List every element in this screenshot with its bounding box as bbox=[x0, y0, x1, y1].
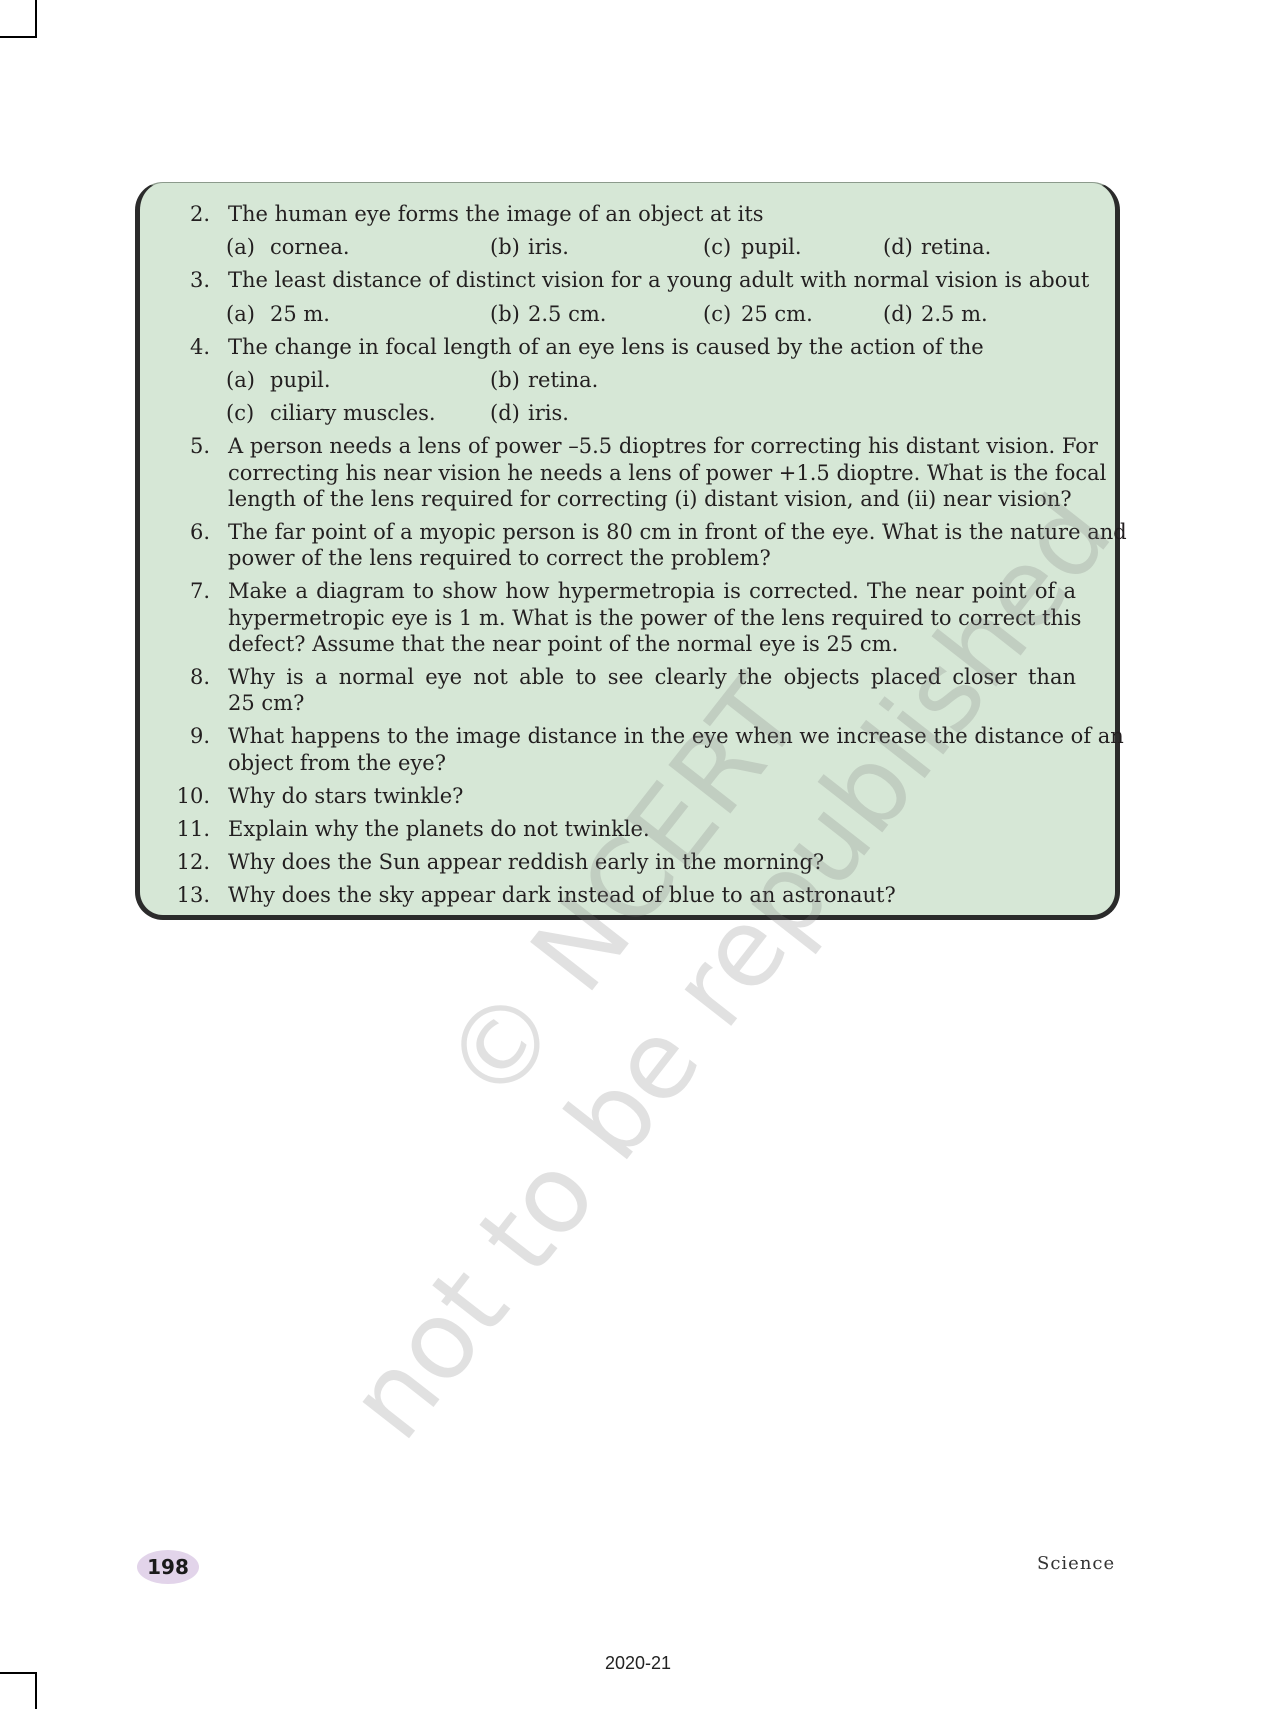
option-item: (c)pupil. bbox=[703, 234, 802, 260]
question-number: 3. bbox=[170, 267, 210, 293]
crop-mark-top-left-v bbox=[35, 0, 37, 37]
option-item: (a)25 m. bbox=[226, 301, 330, 327]
question-number: 13. bbox=[170, 882, 210, 908]
page-number-badge: 198 bbox=[137, 1550, 199, 1584]
crop-mark-bottom-left-h bbox=[0, 1672, 37, 1674]
option-text: 25 cm. bbox=[741, 302, 813, 326]
option-item: (b)retina. bbox=[490, 367, 598, 393]
option-item: (a)cornea. bbox=[226, 234, 350, 260]
question-text-line: A person needs a lens of power –5.5 diop… bbox=[228, 433, 1076, 459]
question-text-line: power of the lens required to correct th… bbox=[228, 545, 771, 571]
question-text-line: 25 cm? bbox=[228, 690, 304, 716]
option-item: (a)pupil. bbox=[226, 367, 331, 393]
option-text: 25 m. bbox=[270, 302, 330, 326]
crop-mark-bottom-left-v bbox=[35, 1672, 37, 1709]
option-item: (b)2.5 cm. bbox=[490, 301, 606, 327]
option-text: retina. bbox=[528, 368, 598, 392]
question-text-line: Explain why the planets do not twinkle. bbox=[228, 816, 650, 842]
option-text: 2.5 cm. bbox=[528, 302, 606, 326]
question-number: 11. bbox=[170, 816, 210, 842]
option-item: (c)ciliary muscles. bbox=[226, 400, 436, 426]
option-text: ciliary muscles. bbox=[270, 401, 436, 425]
question-text-line: The far point of a myopic person is 80 c… bbox=[228, 519, 1076, 545]
question-text-line: Why does the Sun appear reddish early in… bbox=[228, 849, 824, 875]
option-text: pupil. bbox=[741, 235, 802, 259]
option-label: (a) bbox=[226, 367, 270, 393]
option-label: (a) bbox=[226, 301, 270, 327]
question-text-line: Make a diagram to show how hypermetropia… bbox=[228, 578, 1076, 604]
option-text: retina. bbox=[921, 235, 991, 259]
option-label: (b) bbox=[490, 234, 528, 260]
option-label: (b) bbox=[490, 301, 528, 327]
option-label: (d) bbox=[883, 301, 921, 327]
question-number: 4. bbox=[170, 334, 210, 360]
option-item: (d)2.5 m. bbox=[883, 301, 988, 327]
question-number: 10. bbox=[170, 783, 210, 809]
option-label: (c) bbox=[703, 234, 741, 260]
option-item: (d)iris. bbox=[490, 400, 569, 426]
option-label: (d) bbox=[883, 234, 921, 260]
option-text: cornea. bbox=[270, 235, 350, 259]
option-text: iris. bbox=[528, 401, 569, 425]
question-text-line: Why do stars twinkle? bbox=[228, 783, 463, 809]
question-number: 12. bbox=[170, 849, 210, 875]
question-number: 8. bbox=[170, 664, 210, 690]
question-text-line: object from the eye? bbox=[228, 750, 446, 776]
question-number: 9. bbox=[170, 723, 210, 749]
question-number: 6. bbox=[170, 519, 210, 545]
question-text-line: The change in focal length of an eye len… bbox=[228, 334, 984, 360]
question-text-line: hypermetropic eye is 1 m. What is the po… bbox=[228, 605, 1076, 631]
option-item: (d)retina. bbox=[883, 234, 991, 260]
question-text-line: length of the lens required for correcti… bbox=[228, 486, 1072, 512]
question-text-line: The least distance of distinct vision fo… bbox=[228, 267, 1089, 293]
edition-year: 2020-21 bbox=[605, 1653, 671, 1674]
crop-mark-top-left-h bbox=[0, 36, 37, 38]
option-label: (d) bbox=[490, 400, 528, 426]
option-item: (b)iris. bbox=[490, 234, 569, 260]
option-label: (b) bbox=[490, 367, 528, 393]
question-number: 5. bbox=[170, 433, 210, 459]
question-text-line: Why is a normal eye not able to see clea… bbox=[228, 664, 1076, 690]
option-text: iris. bbox=[528, 235, 569, 259]
question-number: 7. bbox=[170, 578, 210, 604]
option-label: (c) bbox=[703, 301, 741, 327]
question-text-line: defect? Assume that the near point of th… bbox=[228, 631, 898, 657]
question-number: 2. bbox=[170, 201, 210, 227]
option-text: pupil. bbox=[270, 368, 331, 392]
option-text: 2.5 m. bbox=[921, 302, 988, 326]
question-text-line: Why does the sky appear dark instead of … bbox=[228, 882, 896, 908]
option-item: (c)25 cm. bbox=[703, 301, 813, 327]
subject-label: Science bbox=[1037, 1553, 1115, 1574]
option-label: (c) bbox=[226, 400, 270, 426]
question-text-line: What happens to the image distance in th… bbox=[228, 723, 1076, 749]
question-text-line: The human eye forms the image of an obje… bbox=[228, 201, 764, 227]
question-text-line: correcting his near vision he needs a le… bbox=[228, 460, 1076, 486]
option-label: (a) bbox=[226, 234, 270, 260]
